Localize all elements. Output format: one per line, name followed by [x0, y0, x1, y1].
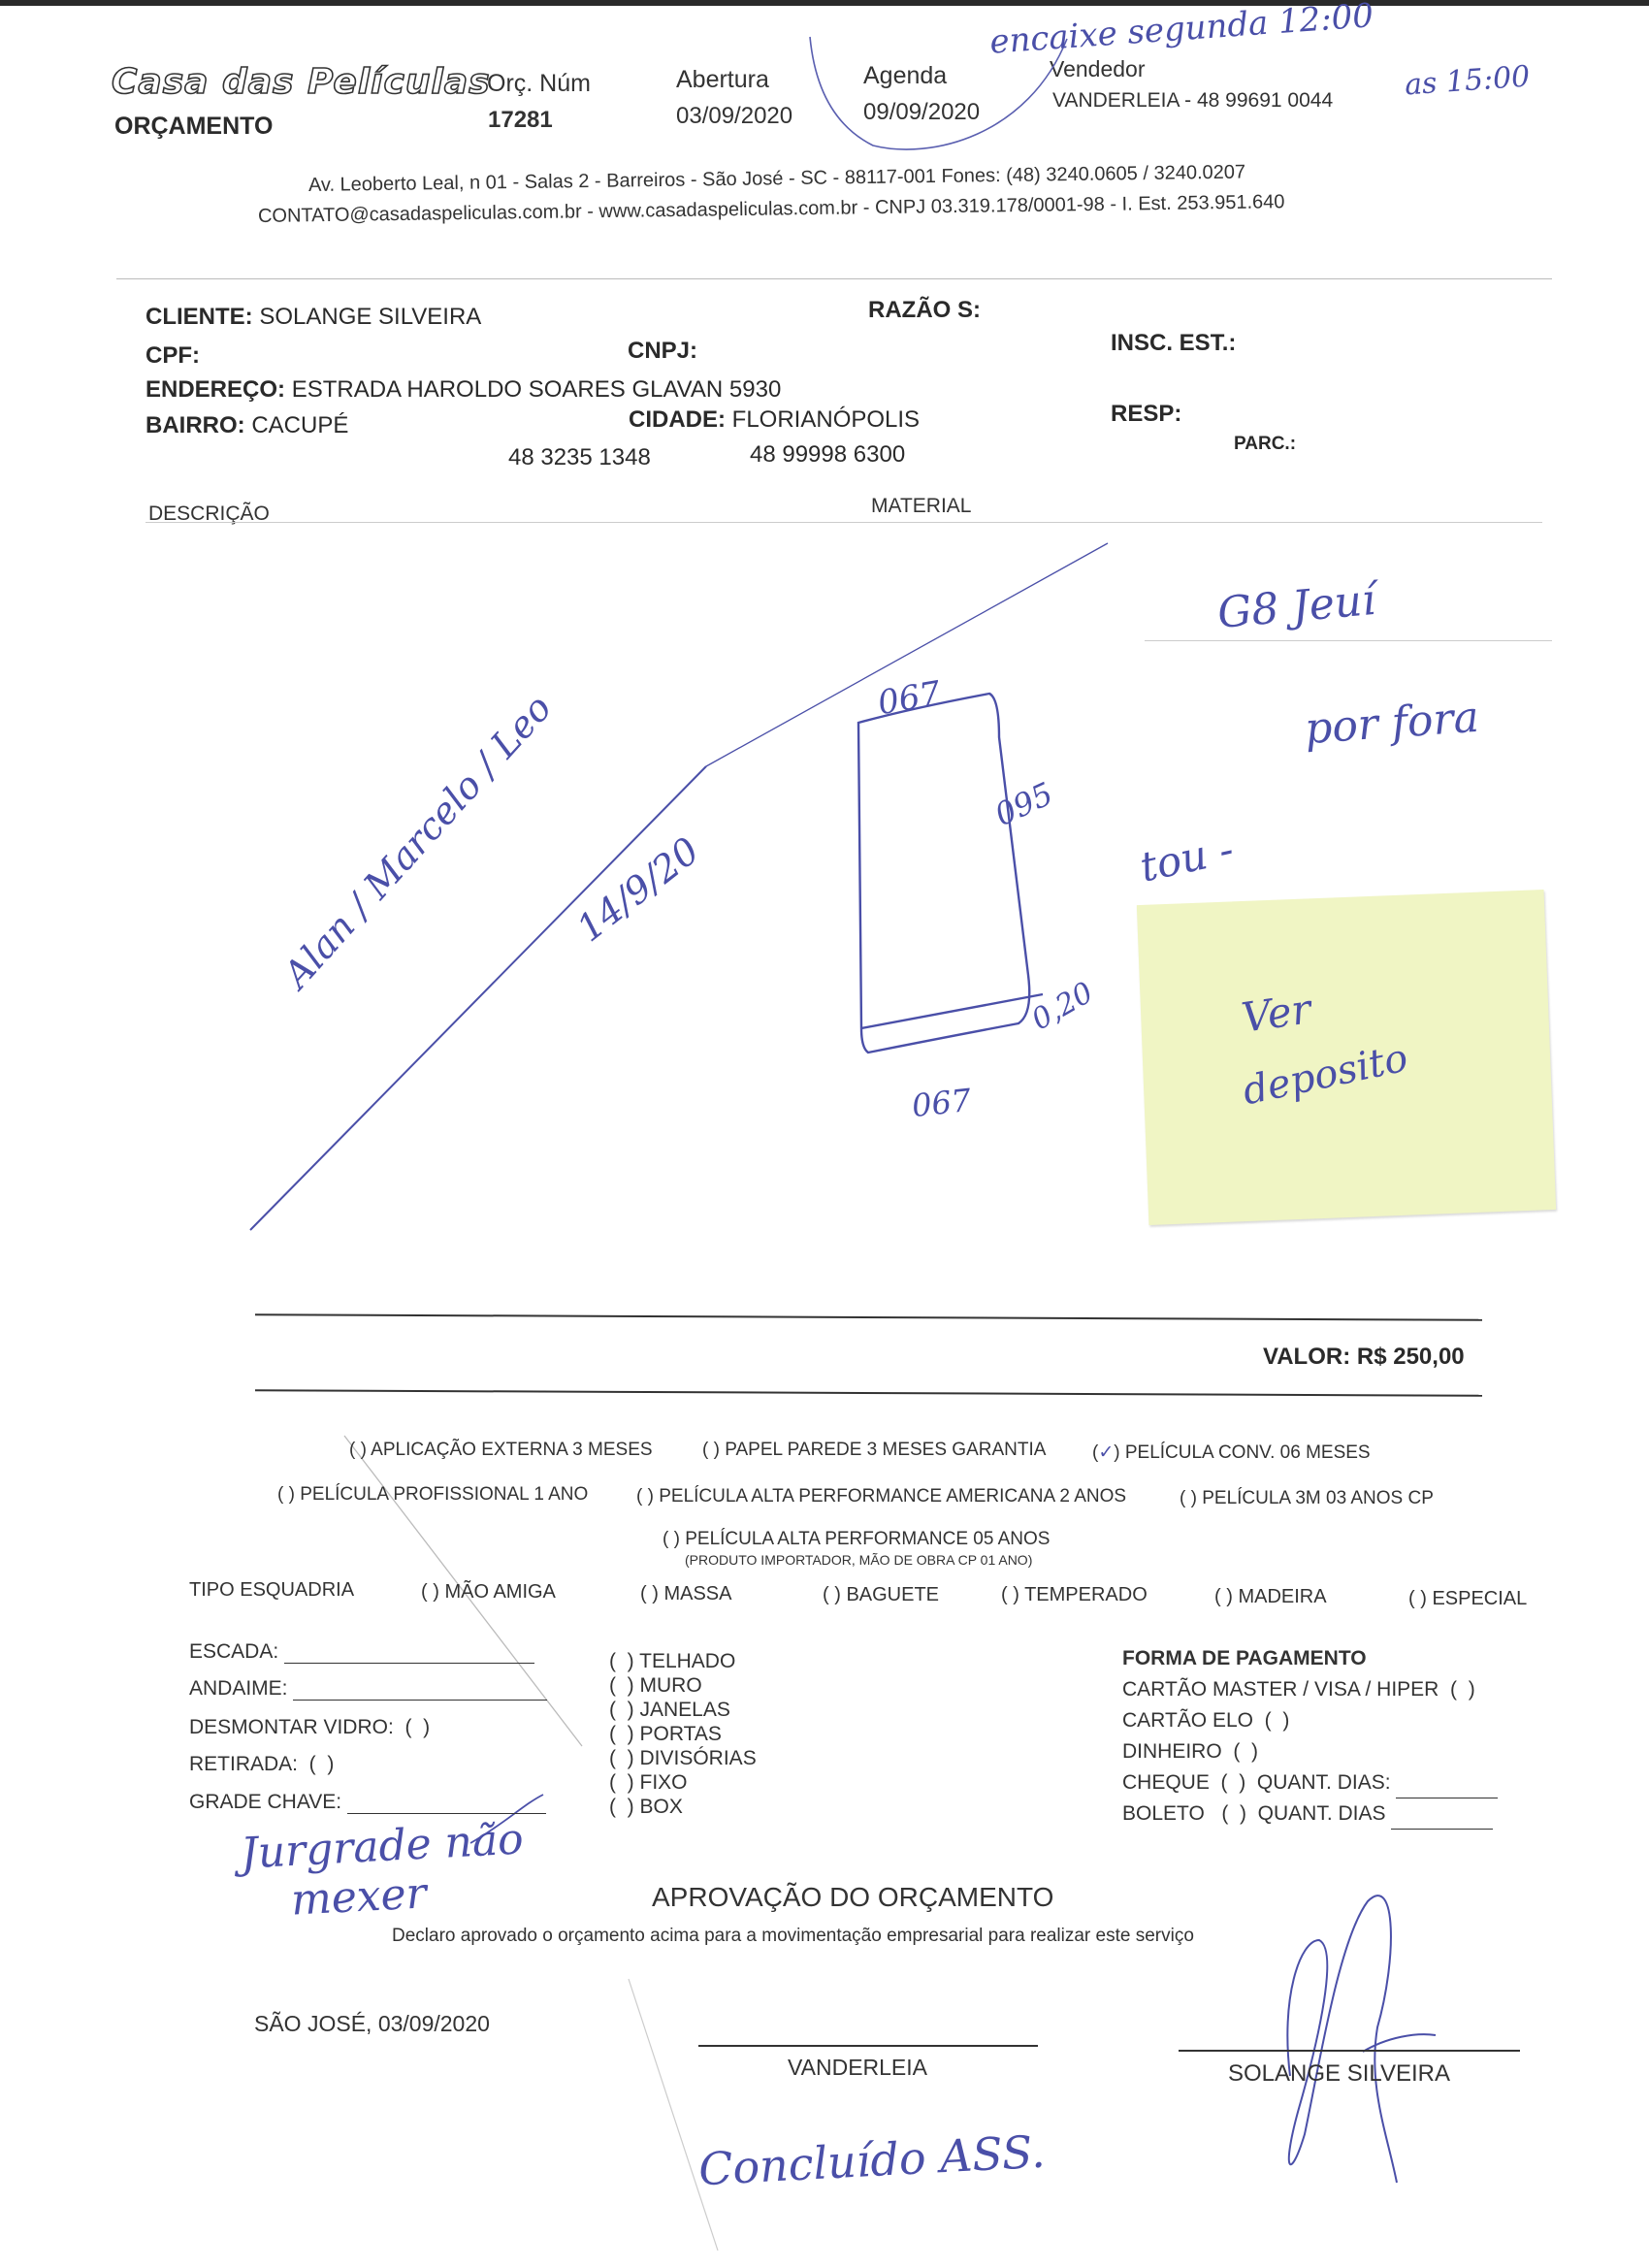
esquadria-label: TIPO ESQUADRIA: [189, 1579, 354, 1602]
location-option[interactable]: ( ) MURO: [609, 1673, 757, 1698]
approval-declaration: Declaro aprovado o orçamento acima para …: [392, 1926, 1194, 1947]
valor-field: VALOR: R$ 250,00: [1263, 1344, 1465, 1371]
check-mark-icon: ✓: [1098, 1442, 1114, 1463]
sketch-height: 095: [989, 775, 1058, 833]
payment-title: FORMA DE PAGAMENTO: [1122, 1643, 1498, 1674]
address-field: ENDEREÇO: ESTRADA HAROLDO SOARES GLAVAN …: [145, 376, 781, 404]
material-rule: [1145, 640, 1552, 641]
service-label: APLICAÇÃO EXTERNA 3 MESES: [371, 1440, 652, 1460]
vendedor-value: VANDERLEIA - 48 99691 0044: [1052, 89, 1333, 113]
esquadria-option[interactable]: ( ) MÃO AMIGA: [421, 1581, 556, 1604]
grade-label: GRADE CHAVE:: [189, 1791, 341, 1813]
valor-amount: R$ 250,00: [1357, 1344, 1465, 1370]
place-date: SÃO JOSÉ, 03/09/2020: [254, 2011, 490, 2037]
client-name-field: CLIENTE: SOLANGE SILVEIRA: [145, 304, 481, 331]
esquadria-option[interactable]: ( ) MADEIRA: [1214, 1586, 1327, 1608]
cliente-label: CLIENTE:: [145, 304, 253, 330]
grade-chave-field[interactable]: GRADE CHAVE:: [189, 1790, 546, 1814]
escada-label: ESCADA:: [189, 1640, 278, 1663]
handwritten-schedule-note: encaixe segunda 12:00: [988, 0, 1374, 62]
columns-divider: [145, 522, 1542, 523]
brand-logo: Casa das Películas: [112, 62, 491, 102]
handwritten-note-right-3: tou -: [1136, 825, 1238, 891]
service-label: PELÍCULA CONV. 06 MESES: [1125, 1442, 1371, 1463]
abertura-label: Abertura: [676, 66, 769, 94]
location-label: DIVISÓRIAS: [640, 1747, 757, 1769]
location-label: FIXO: [640, 1771, 688, 1794]
cliente-value: SOLANGE SILVEIRA: [259, 304, 481, 330]
option-label: MADEIRA: [1238, 1586, 1326, 1607]
agenda-date: 09/09/2020: [863, 99, 980, 126]
service-option[interactable]: ( ) PELÍCULA ALTA PERFORMANCE 05 ANOS: [663, 1529, 1050, 1550]
service-option-checked[interactable]: (✓) PELÍCULA CONV. 06 MESES: [1092, 1442, 1371, 1464]
payment-label: CARTÃO ELO: [1122, 1709, 1253, 1732]
endereco-label: ENDEREÇO:: [145, 376, 285, 403]
esquadria-option[interactable]: ( ) ESPECIAL: [1408, 1588, 1527, 1610]
service-footnote: (PRODUTO IMPORTADOR, MÃO DE OBRA CP 01 A…: [685, 1552, 1032, 1568]
service-option[interactable]: ( ) PELÍCULA ALTA PERFORMANCE AMERICANA …: [636, 1486, 1126, 1507]
material-header: MATERIAL: [871, 495, 971, 518]
boleto-days-label: QUANT. DIAS: [1258, 1802, 1386, 1825]
seller-name: VANDERLEIA: [788, 2055, 927, 2081]
payment-label: CHEQUE: [1122, 1771, 1210, 1794]
option-label: BAGUETE: [846, 1584, 939, 1605]
location-label: BOX: [640, 1796, 683, 1818]
option-label: MÃO AMIGA: [444, 1581, 555, 1603]
location-option[interactable]: ( ) TELHADO: [609, 1649, 757, 1673]
sketch-width-top: 067: [875, 674, 944, 724]
cidade-field: CIDADE: FLORIANÓPOLIS: [629, 406, 920, 434]
phone-landline: 48 3235 1348: [508, 444, 651, 471]
location-option[interactable]: ( ) FIXO: [609, 1770, 757, 1795]
phone-mobile: 48 99998 6300: [750, 441, 905, 469]
payment-section: FORMA DE PAGAMENTO CARTÃO MASTER / VISA …: [1122, 1643, 1498, 1830]
sketch-width-bottom: 067: [910, 1082, 973, 1124]
desmontar-vidro-option[interactable]: DESMONTAR VIDRO: ( ): [189, 1715, 430, 1739]
service-label: PELÍCULA ALTA PERFORMANCE AMERICANA 2 AN…: [659, 1486, 1126, 1507]
handwritten-concluded-note: Concluído ASS.: [697, 2125, 1047, 2196]
service-option[interactable]: ( ) APLICAÇÃO EXTERNA 3 MESES: [349, 1440, 653, 1461]
handwritten-note-right-1: G8 Jeuí: [1215, 575, 1377, 638]
seller-signature-line[interactable]: [698, 2045, 1038, 2047]
orc-num: 17281: [488, 107, 553, 134]
valor-label: VALOR:: [1263, 1344, 1350, 1370]
document-type: ORÇAMENTO: [114, 113, 273, 141]
handwritten-grade-note-2: mexer: [290, 1868, 428, 1925]
service-option[interactable]: ( ) PAPEL PAREDE 3 MESES GARANTIA: [702, 1440, 1046, 1461]
location-label: TELHADO: [639, 1650, 735, 1672]
service-label: PELÍCULA PROFISSIONAL 1 ANO: [300, 1484, 588, 1505]
payment-option[interactable]: CHEQUE ( ) QUANT. DIAS:: [1122, 1767, 1498, 1798]
option-label: TEMPERADO: [1024, 1584, 1148, 1605]
service-label: PAPEL PAREDE 3 MESES GARANTIA: [725, 1440, 1046, 1460]
company-address: Av. Leoberto Leal, n 01 - Salas 2 - Barr…: [308, 162, 1245, 197]
handwritten-installers: Alan / Marcelo / Leo: [275, 687, 561, 996]
boleto-days-field[interactable]: [1391, 1829, 1493, 1830]
handwritten-grade-note: Jurgrade não: [240, 1814, 525, 1878]
esquadria-option[interactable]: ( ) MASSA: [640, 1583, 731, 1605]
bairro-value: CACUPÉ: [251, 412, 348, 438]
sticky-note-line-1: Ver: [1239, 985, 1314, 1041]
location-label: MURO: [640, 1674, 702, 1697]
service-option[interactable]: ( ) PELÍCULA PROFISSIONAL 1 ANO: [277, 1484, 588, 1506]
abertura-date: 03/09/2020: [676, 103, 792, 130]
approval-title: APROVAÇÃO DO ORÇAMENTO: [652, 1882, 1053, 1913]
location-label: JANELAS: [640, 1699, 730, 1721]
valor-top-rule: [255, 1313, 1482, 1321]
service-label: PELÍCULA ALTA PERFORMANCE 05 ANOS: [685, 1529, 1050, 1549]
payment-label: CARTÃO MASTER / VISA / HIPER: [1122, 1678, 1439, 1701]
parc-label: PARC.:: [1234, 434, 1296, 455]
payment-label: BOLETO: [1122, 1802, 1205, 1825]
handwritten-time-note: as 15:00: [1404, 60, 1531, 103]
handwritten-note-right-2: por fora: [1303, 693, 1480, 754]
andaime-label: ANDAIME:: [189, 1677, 288, 1700]
cheque-days-label: QUANT. DIAS:: [1257, 1771, 1391, 1794]
company-contact: CONTATO@casadaspeliculas.com.br - www.ca…: [258, 191, 1285, 228]
header-divider: [116, 278, 1552, 279]
cidade-value: FLORIANÓPOLIS: [732, 406, 920, 433]
bairro-field: BAIRRO: CACUPÉ: [145, 412, 348, 439]
handwritten-install-date: 14/9/20: [568, 828, 707, 950]
location-option[interactable]: ( ) BOX: [609, 1795, 757, 1819]
orc-num-label: Orç. Núm: [487, 70, 591, 98]
payment-option[interactable]: BOLETO ( ) QUANT. DIAS: [1122, 1798, 1498, 1830]
desmontar-label: DESMONTAR VIDRO:: [189, 1716, 394, 1738]
service-option[interactable]: ( ) PELÍCULA 3M 03 ANOS CP: [1180, 1488, 1434, 1509]
location-label: PORTAS: [640, 1723, 722, 1745]
option-label: MASSA: [663, 1583, 731, 1604]
option-label: ESPECIAL: [1432, 1588, 1527, 1609]
cidade-label: CIDADE:: [629, 406, 726, 433]
cpf-label: CPF:: [145, 342, 200, 370]
cnpj-label: CNPJ:: [628, 338, 697, 365]
location-option[interactable]: ( ) DIVISÓRIAS: [609, 1746, 757, 1770]
client-signature-line[interactable]: [1179, 2050, 1520, 2052]
retirada-label: RETIRADA:: [189, 1753, 298, 1775]
payment-option[interactable]: CARTÃO MASTER / VISA / HIPER ( ): [1122, 1674, 1498, 1705]
location-option[interactable]: ( ) JANELAS: [609, 1698, 757, 1722]
payment-option[interactable]: CARTÃO ELO ( ): [1122, 1705, 1498, 1736]
agenda-label: Agenda: [863, 62, 947, 90]
escada-field[interactable]: ESCADA:: [189, 1639, 534, 1664]
endereco-value: ESTRADA HAROLDO SOARES GLAVAN 5930: [292, 376, 782, 403]
esquadria-option[interactable]: ( ) BAGUETE: [823, 1584, 939, 1606]
sketch-bottom-height: 0,20: [1026, 976, 1099, 1038]
service-label: PELÍCULA 3M 03 ANOS CP: [1202, 1488, 1434, 1508]
payment-option[interactable]: DINHEIRO ( ): [1122, 1736, 1498, 1767]
resp-label: RESP:: [1111, 401, 1181, 428]
bairro-label: BAIRRO:: [145, 412, 245, 438]
vendedor-label: Vendedor: [1050, 56, 1145, 82]
locations-list: ( ) TELHADO ( ) MURO ( ) JANELAS ( ) POR…: [609, 1649, 757, 1819]
scan-edge: [0, 0, 1649, 6]
valor-bottom-rule: [255, 1389, 1482, 1397]
retirada-option[interactable]: RETIRADA: ( ): [189, 1752, 334, 1776]
andaime-field[interactable]: ANDAIME:: [189, 1676, 547, 1701]
razao-label: RAZÃO S:: [868, 297, 981, 324]
payment-label: DINHEIRO: [1122, 1740, 1222, 1763]
insc-est-label: INSC. EST.:: [1111, 330, 1236, 357]
esquadria-option[interactable]: ( ) TEMPERADO: [1001, 1584, 1148, 1606]
client-name-sign: SOLANGE SILVEIRA: [1228, 2060, 1450, 2088]
location-option[interactable]: ( ) PORTAS: [609, 1722, 757, 1746]
